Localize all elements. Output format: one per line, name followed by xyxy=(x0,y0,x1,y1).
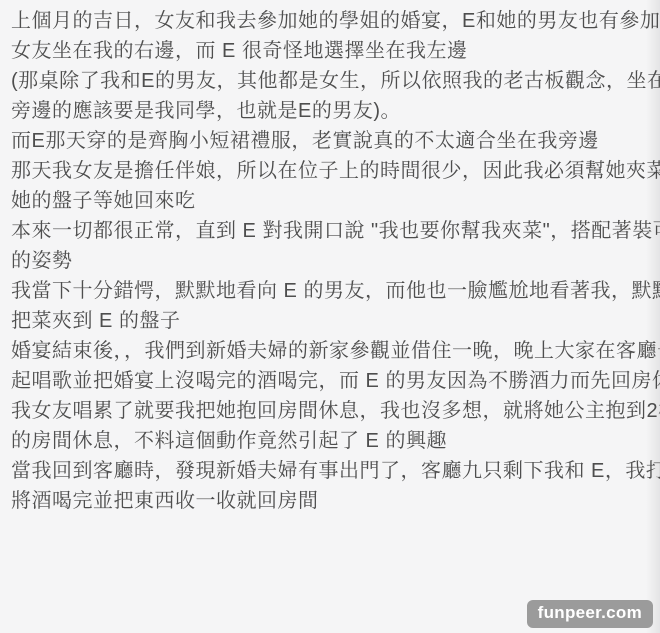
story-paragraph-1: 上個月的吉日，女友和我去參加她的學姐的婚宴，E和她的男友也有參加， 女友坐在我的… xyxy=(11,6,652,156)
story-paragraph-2: 那天我女友是擔任伴娘，所以在位子上的時間很少，因此我必須幫她夾菜到 她的盤子等她… xyxy=(11,156,652,336)
story-paragraph-4: 當我回到客廳時，發現新婚夫婦有事出門了，客廳九只剩下我和 E，我打算 將酒喝完並… xyxy=(11,456,652,516)
watermark-badge: funpeer.com xyxy=(527,600,653,628)
story-paragraph-3: 婚宴結束後，，我們到新婚夫婦的新家參觀並借住一晚，晚上大家在客廳一 起唱歌並把婚… xyxy=(11,336,652,456)
story-text-block: 上個月的吉日，女友和我去參加她的學姐的婚宴，E和她的男友也有參加， 女友坐在我的… xyxy=(0,0,660,516)
page: 上個月的吉日，女友和我去參加她的學姐的婚宴，E和她的男友也有參加， 女友坐在我的… xyxy=(0,0,660,633)
